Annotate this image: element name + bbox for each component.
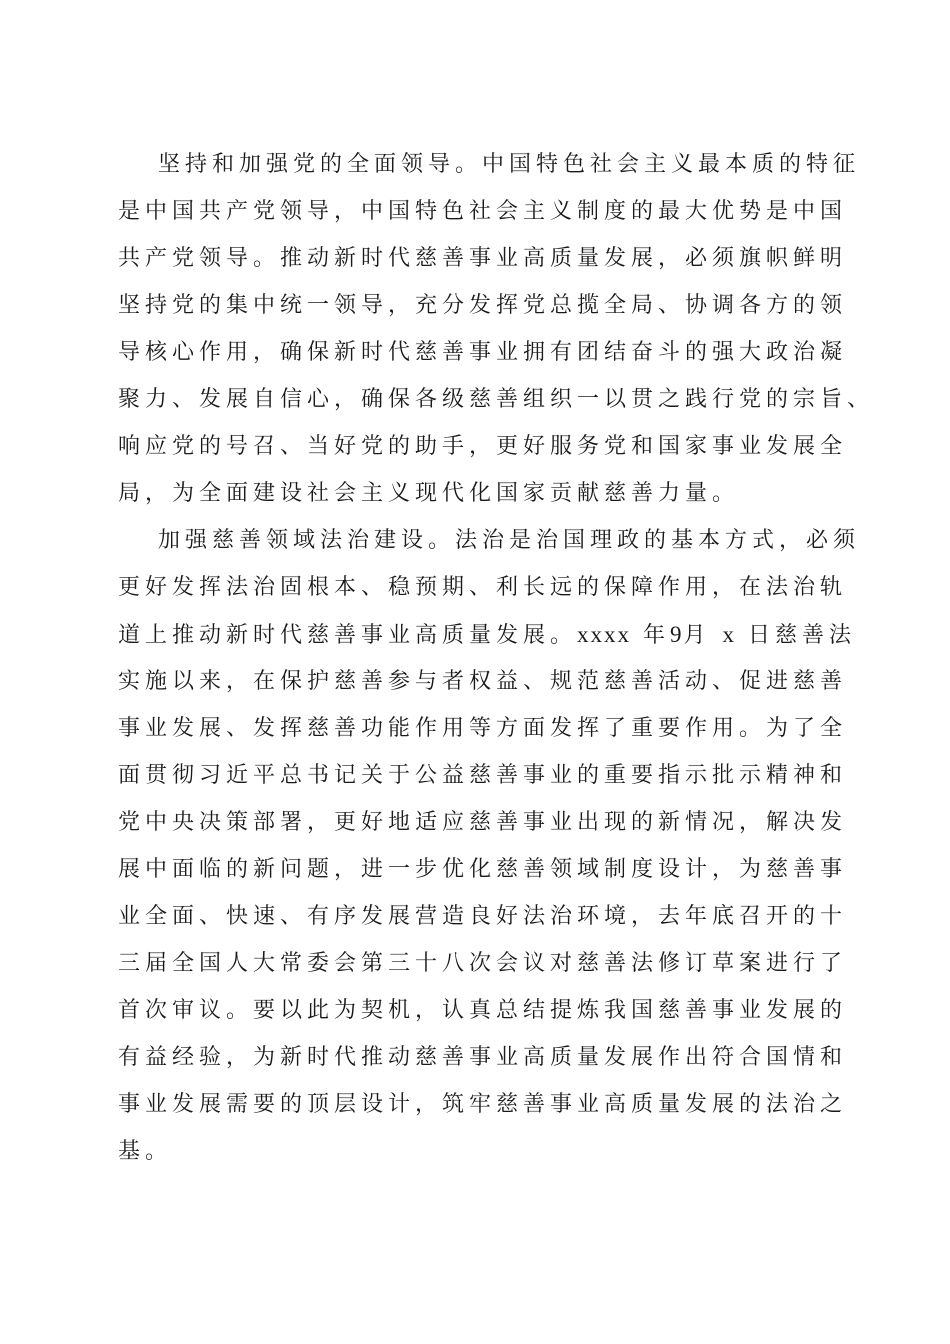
paragraph-line: 实施以来，在保护慈善参与者权益、规范慈善活动、促进慈善: [118, 658, 878, 705]
paragraph-line: 坚持和加强党的全面领导。中国特色社会主义最本质的特征: [118, 141, 878, 188]
date-month-unit: 月: [684, 623, 711, 648]
paragraph-party-leadership: 坚持和加强党的全面领导。中国特色社会主义最本质的特征 是中国共产党领导，中国特色…: [118, 141, 878, 517]
paragraph-line: 坚持党的集中统一领导，充分发挥党总揽全局、协调各方的领: [118, 282, 878, 329]
date-month: 9: [670, 622, 684, 647]
paragraph-line: 展中面临的新问题，进一步优化慈善领域制度设计，为慈善事: [118, 846, 878, 893]
date-day: x: [723, 622, 737, 647]
paragraph-line: 基。: [118, 1128, 878, 1175]
paragraph-rule-of-law: 加强慈善领域法治建设。法治是治国理政的基本方式，必须 更好发挥法治固根本、稳预期…: [118, 517, 878, 1175]
paragraph-line: 党中央决策部署，更好地适应慈善事业出现的新情况，解决发: [118, 799, 878, 846]
date-year: xxxx: [577, 622, 631, 647]
date-year-unit: 年: [643, 623, 670, 648]
paragraph-line: 事业发展需要的顶层设计，筑牢慈善事业高质量发展的法治之: [118, 1081, 878, 1128]
paragraph-line-with-date: 道上推动新时代慈善事业高质量发展。xxxx 年9月 x 日慈善法: [118, 611, 878, 658]
paragraph-line: 三届全国人大常委会第三十八次会议对慈善法修订草案进行了: [118, 940, 878, 987]
paragraph-line: 响应党的号召、当好党的助手，更好服务党和国家事业发展全: [118, 423, 878, 470]
paragraph-line: 事业发展、发挥慈善功能作用等方面发挥了重要作用。为了全: [118, 705, 878, 752]
paragraph-line: 面贯彻习近平总书记关于公益慈善事业的重要指示批示精神和: [118, 752, 878, 799]
document-page: 坚持和加强党的全面领导。中国特色社会主义最本质的特征 是中国共产党领导，中国特色…: [0, 0, 950, 1344]
paragraph-line: 首次审议。要以此为契机，认真总结提炼我国慈善事业发展的: [118, 987, 878, 1034]
line-text-after-date: 日慈善法: [748, 623, 856, 648]
line-text-before-date: 道上推动新时代慈善事业高质量发展。: [118, 623, 577, 648]
paragraph-line: 局，为全面建设社会主义现代化国家贡献慈善力量。: [118, 470, 878, 517]
paragraph-line: 有益经验，为新时代推动慈善事业高质量发展作出符合国情和: [118, 1034, 878, 1081]
paragraph-line: 导核心作用，确保新时代慈善事业拥有团结奋斗的强大政治凝: [118, 329, 878, 376]
paragraph-line: 是中国共产党领导，中国特色社会主义制度的最大优势是中国: [118, 188, 878, 235]
paragraph-line: 更好发挥法治固根本、稳预期、利长远的保障作用，在法治轨: [118, 564, 878, 611]
paragraph-line: 聚力、发展自信心，确保各级慈善组织一以贯之践行党的宗旨、: [118, 376, 878, 423]
document-body: 坚持和加强党的全面领导。中国特色社会主义最本质的特征 是中国共产党领导，中国特色…: [118, 141, 878, 1175]
paragraph-line: 业全面、快速、有序发展营造良好法治环境，去年底召开的十: [118, 893, 878, 940]
paragraph-line: 加强慈善领域法治建设。法治是治国理政的基本方式，必须: [118, 517, 878, 564]
paragraph-line: 共产党领导。推动新时代慈善事业高质量发展，必须旗帜鲜明: [118, 235, 878, 282]
